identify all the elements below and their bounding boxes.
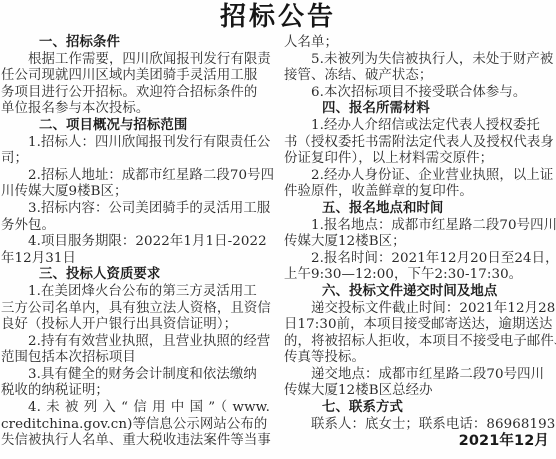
text-line: 1.招标人：四川欣闻报刊发行有限责任公 — [1, 135, 272, 152]
newspaper-announcement-page: 招标公告 一、招标条件根据工作需要，四川欣闻报刊发行有限责任公司现就四川区域内美… — [0, 0, 556, 459]
left-column: 一、招标条件根据工作需要，四川欣闻报刊发行有限责任公司现就四川区域内美团骑手灵活… — [1, 35, 272, 450]
section-heading: 二、项目概况与招标范围 — [1, 118, 272, 135]
text-line: 2.持有有效营业执照，且营业执照的经营 — [1, 334, 272, 351]
right-column: 人名单；5.未被列为失信被执行人，未处于财产被接管、冻结、破产状态；6.本次招标… — [284, 35, 555, 450]
text-line: 4.项目服务期限：2022年1月1日-2022 — [1, 234, 272, 251]
text-line: 范围包括本次招标项目 — [1, 350, 272, 367]
section-heading: 一、招标条件 — [1, 35, 272, 52]
text-line: 良好（投标人开户银行出具资信证明）； — [1, 317, 272, 334]
text-line: 传真等投标。 — [284, 350, 555, 367]
text-line: 6.本次招标项目不接受联合体参与。 — [284, 85, 555, 102]
text-line: 3.招标内容：公司美团骑手的灵活用工服 — [1, 201, 272, 218]
text-line: 的，将被招标人拒收，本项目不接受电子邮件、 — [284, 334, 555, 351]
text-line: 务外包。 — [1, 218, 272, 235]
text-line: 川传媒大厦9楼B区； — [1, 184, 272, 201]
text-line: 1.经办人介绍信或法定代表人授权委托 — [284, 118, 555, 135]
two-column-body: 一、招标条件根据工作需要，四川欣闻报刊发行有限责任公司现就四川区域内美团骑手灵活… — [0, 34, 556, 450]
text-line: 传媒大厦12楼B区总经办 — [284, 383, 555, 400]
text-line: 递交投标文件截止时间：2021年12月28 — [284, 301, 555, 318]
text-line: 书（授权委托书需附法定代表人及授权代表身 — [284, 135, 555, 152]
text-line: 年12月31日 — [1, 251, 272, 268]
text-line: 5.未被列为失信被执行人，未处于财产被 — [284, 52, 555, 69]
text-line: 税收的纳税证明； — [1, 383, 272, 400]
section-heading: 六、投标文件递交时间及地点 — [284, 284, 555, 301]
text-line: 3.具有健全的财务会计制度和依法缴纳 — [1, 367, 272, 384]
text-line: 日17:30前，本项目接受邮寄送达，逾期送达 — [284, 317, 555, 334]
text-line: 份证复印件），以上材料需交原件； — [284, 151, 555, 168]
section-heading: 五、报名地点和时间 — [284, 201, 555, 218]
text-line: 1.报名地点：成都市红星路二段70号四川 — [284, 218, 555, 235]
text-line: creditchina.gov.cn)等信息公示网站公布的 — [1, 417, 272, 434]
text-line: 4.未被列入“信用中国”（www. — [1, 400, 272, 417]
text-line: 根据工作需要，四川欣闻报刊发行有限责 — [1, 52, 272, 69]
text-line: 单位报名参与本次投标。 — [1, 101, 272, 118]
text-line: 三方公司名单内，具有独立法人资格，且资信 — [1, 301, 272, 318]
text-line: 联系人：底女士；联系电话：86968193 — [284, 417, 555, 434]
text-line: 任公司现就四川区域内美团骑手灵活用工服 — [1, 68, 272, 85]
section-heading: 七、联系方式 — [284, 400, 555, 417]
text-line: 失信被执行人名单、重大税收违法案件等当事 — [1, 433, 272, 450]
text-line: 1.在美团烽火台公布的第三方灵活用工 — [1, 284, 272, 301]
text-line: 件验原件，收盖鲜章的复印件。 — [284, 184, 555, 201]
section-heading: 四、报名所需材料 — [284, 101, 555, 118]
text-line: 人名单； — [284, 35, 555, 52]
text-line: 递交地点：成都市红星路二段70号四川 — [284, 367, 555, 384]
text-line: 务项目进行公开招标。欢迎符合招标条件的 — [1, 85, 272, 102]
text-line: 2.招标人地址：成都市红星路二段70号四 — [1, 168, 272, 185]
section-heading: 三、投标人资质要求 — [1, 267, 272, 284]
document-date: 2021年12月 — [284, 433, 555, 450]
text-line: 接管、冻结、破产状态； — [284, 68, 555, 85]
text-line: 2.经办人身份证、企业营业执照，以上证 — [284, 168, 555, 185]
page-title: 招标公告 — [0, 0, 556, 34]
text-line: 2.报名时间：2021年12月20日至24日， — [284, 251, 555, 268]
text-line: 上午9:30—12:00，下午2:30-17:30。 — [284, 267, 555, 284]
text-line: 传媒大厦12楼B区； — [284, 234, 555, 251]
text-line: 司； — [1, 151, 272, 168]
